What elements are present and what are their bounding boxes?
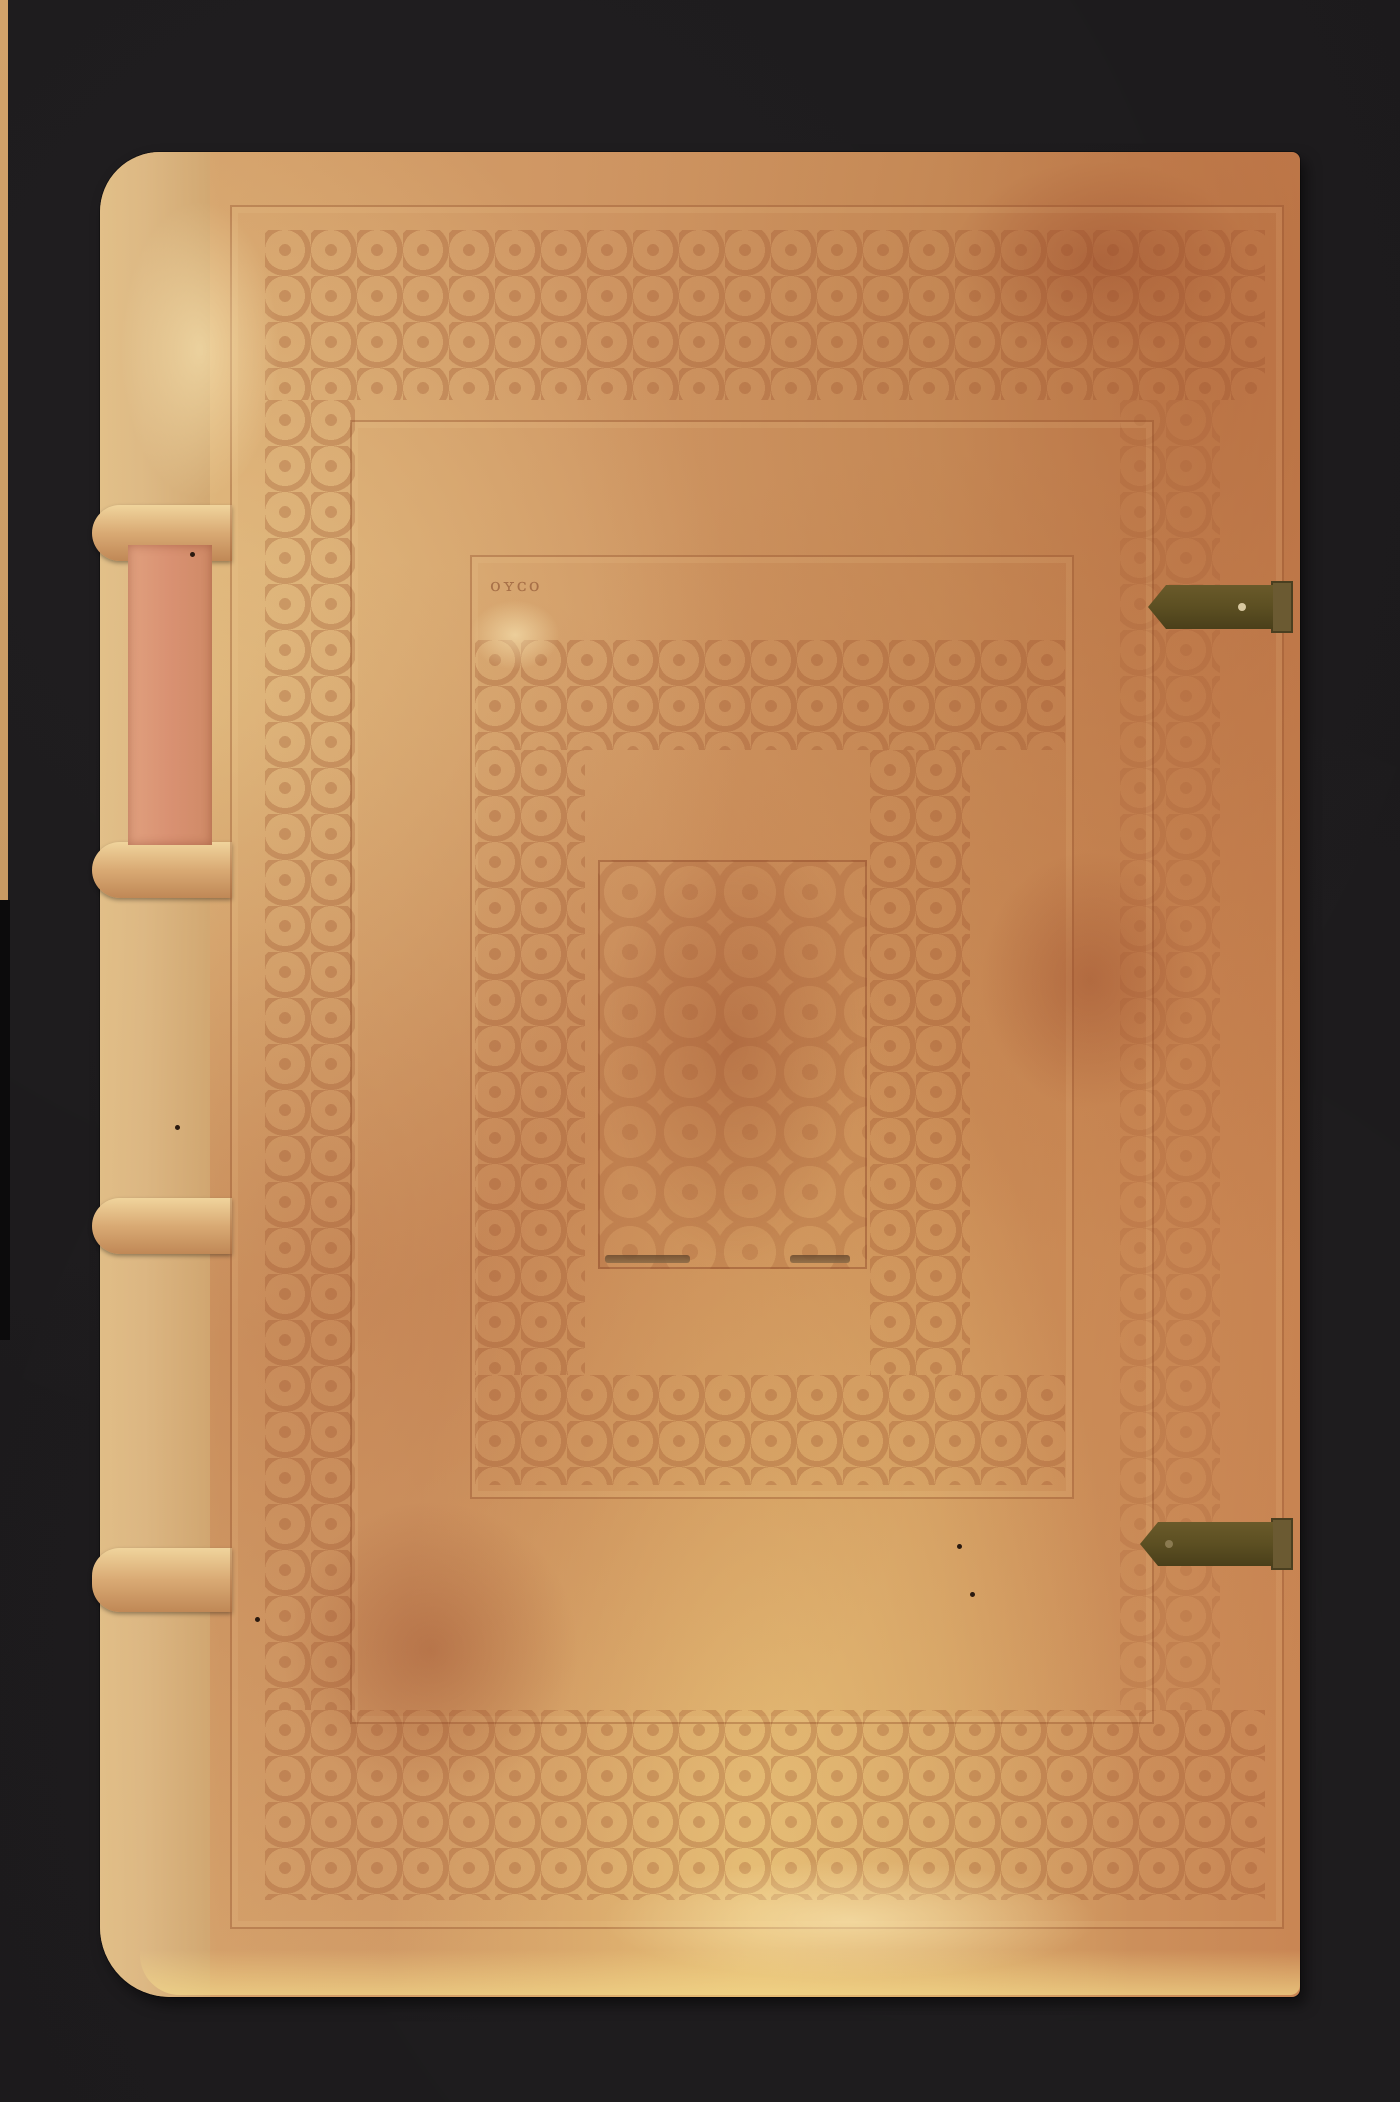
wormhole <box>957 1544 962 1549</box>
spine-band-3 <box>92 1198 232 1254</box>
rivet-icon <box>1238 603 1246 611</box>
clasp-plate <box>1140 1522 1273 1566</box>
spine-band-4 <box>92 1548 232 1612</box>
wormhole <box>190 552 195 557</box>
central-ornament-panel <box>598 860 867 1269</box>
light-patch <box>470 600 560 670</box>
wormhole <box>970 1592 975 1597</box>
spine-highlight <box>120 200 280 500</box>
upper-clasp <box>1148 585 1293 629</box>
rivet-icon <box>1165 1540 1173 1548</box>
inner-top-roll <box>475 640 1065 750</box>
lower-left-stain <box>280 1500 580 1800</box>
inner-bottom-roll <box>475 1375 1065 1485</box>
worn-bottom-highlight <box>600 1860 1100 1980</box>
backdrop-edge-shadow <box>0 900 10 1340</box>
panel-mark-right <box>790 1255 850 1263</box>
stamped-text-fragment: ᴏʏᴄᴏ <box>490 575 542 596</box>
clasp-plate <box>1148 585 1273 629</box>
lower-clasp <box>1140 1522 1293 1566</box>
wormhole <box>255 1617 260 1622</box>
wormhole <box>175 1125 180 1130</box>
backdrop-edge-strip <box>0 0 8 900</box>
top-right-stain <box>950 160 1250 360</box>
right-stain <box>980 850 1200 1110</box>
panel-mark-left <box>605 1255 690 1263</box>
spine-label <box>128 545 212 845</box>
clasp-hinge <box>1271 1518 1293 1570</box>
clasp-hinge <box>1271 581 1293 633</box>
inner-left-roll <box>475 750 585 1375</box>
spine-band-2 <box>92 842 232 898</box>
inner-right-roll <box>870 750 970 1375</box>
